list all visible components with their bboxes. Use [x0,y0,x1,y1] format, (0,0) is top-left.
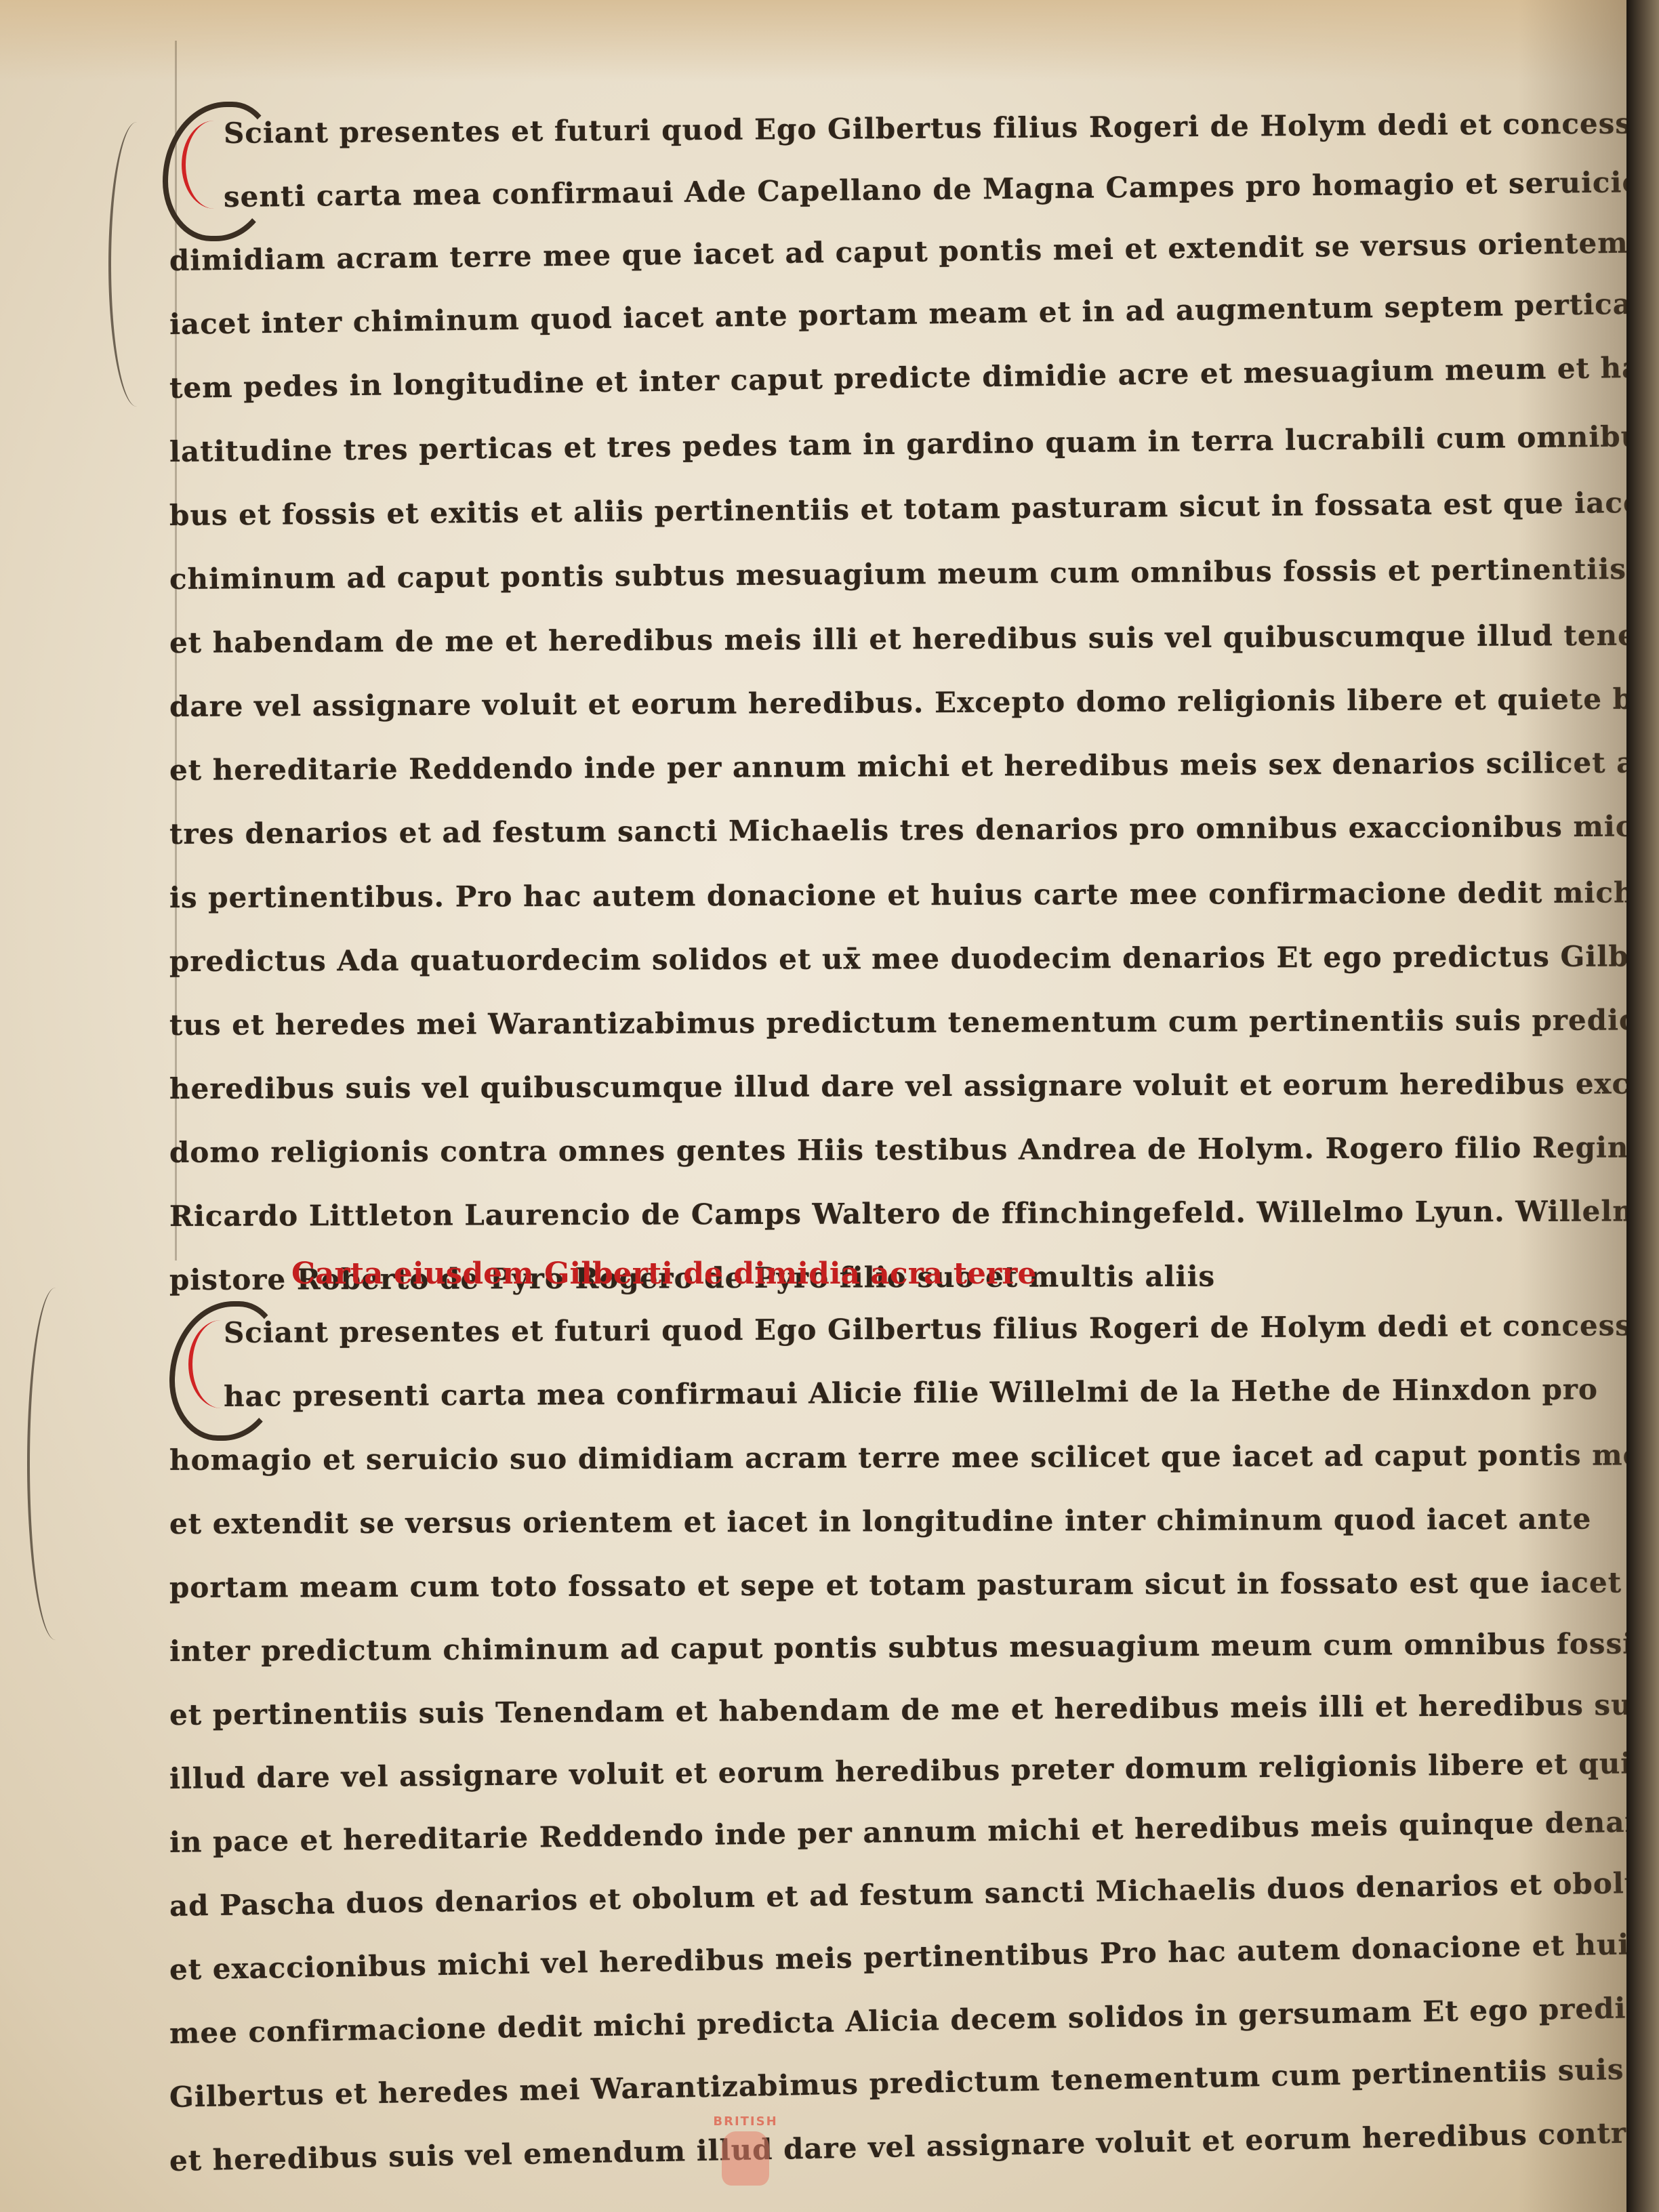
charter-2-line: homagio et seruicio suo dimidiam acram t… [169,1424,1579,1492]
charter-1-line: dare vel assignare voluit et eorum hered… [169,668,1579,739]
charter-1-line: Ricardo Littleton Laurencio de Camps Wal… [169,1180,1579,1248]
crown-icon [722,2131,769,2186]
binding-gutter [1626,0,1659,2212]
faint-running-header [813,0,1084,27]
text-block: Sciant presentes et futuri quod Ego Gilb… [169,41,1579,1312]
charter-2-line: portam meam cum toto fossato et sepe et … [169,1551,1579,1620]
charter-1-line: bus et fossis et exitis et aliis pertine… [169,472,1580,548]
charter-1: Sciant presentes et futuri quod Ego Gilb… [169,41,1579,1312]
marginal-flourish-1 [108,122,165,407]
charter-1-line: chiminum ad caput pontis subtus mesuagiu… [169,537,1580,611]
charter-2-line: Sciant presentes et futuri quod Ego Gilb… [224,1294,1579,1365]
charter-2-line: inter predictum chiminum ad caput pontis… [169,1612,1579,1683]
marginal-flourish-2 [27,1288,84,1640]
charter-1-line: predictus Ada quatuordecim solidos et ux… [169,925,1579,994]
manuscript-page: Sciant presentes et futuri quod Ego Gilb… [0,0,1626,2212]
charter-2: Sciant presentes et futuri quod Ego Gilb… [169,1301,1579,2193]
charter-2-rubric: Carta eiusdem Gilberti de dimidia acra t… [291,1247,1579,1301]
charter-2-line: hac presenti carta mea confirmaui Alicie… [224,1358,1579,1429]
charter-1-line: et hereditarie Reddendo inde per annum m… [169,731,1579,802]
charter-1-line: tus et heredes mei Warantizabimus predic… [169,989,1579,1057]
text-block-2: Carta eiusdem Gilberti de dimidia acra t… [169,1247,1579,2193]
charter-1-line: et habendam de me et heredibus meis illi… [169,604,1579,675]
charter-1-line: heredibus suis vel quibuscumque illud da… [169,1052,1579,1121]
charter-1-line: is pertinentibus. Pro hac autem donacion… [169,861,1579,930]
library-stamp: BRITISH [705,2114,786,2212]
charter-1-line: domo religionis contra omnes gentes Hiis… [169,1116,1579,1185]
charter-1-line: tres denarios et ad festum sancti Michae… [169,795,1579,866]
charter-2-line: et extendit se versus orientem et iacet … [169,1488,1579,1556]
stamp-text-top: BRITISH [705,2114,786,2129]
